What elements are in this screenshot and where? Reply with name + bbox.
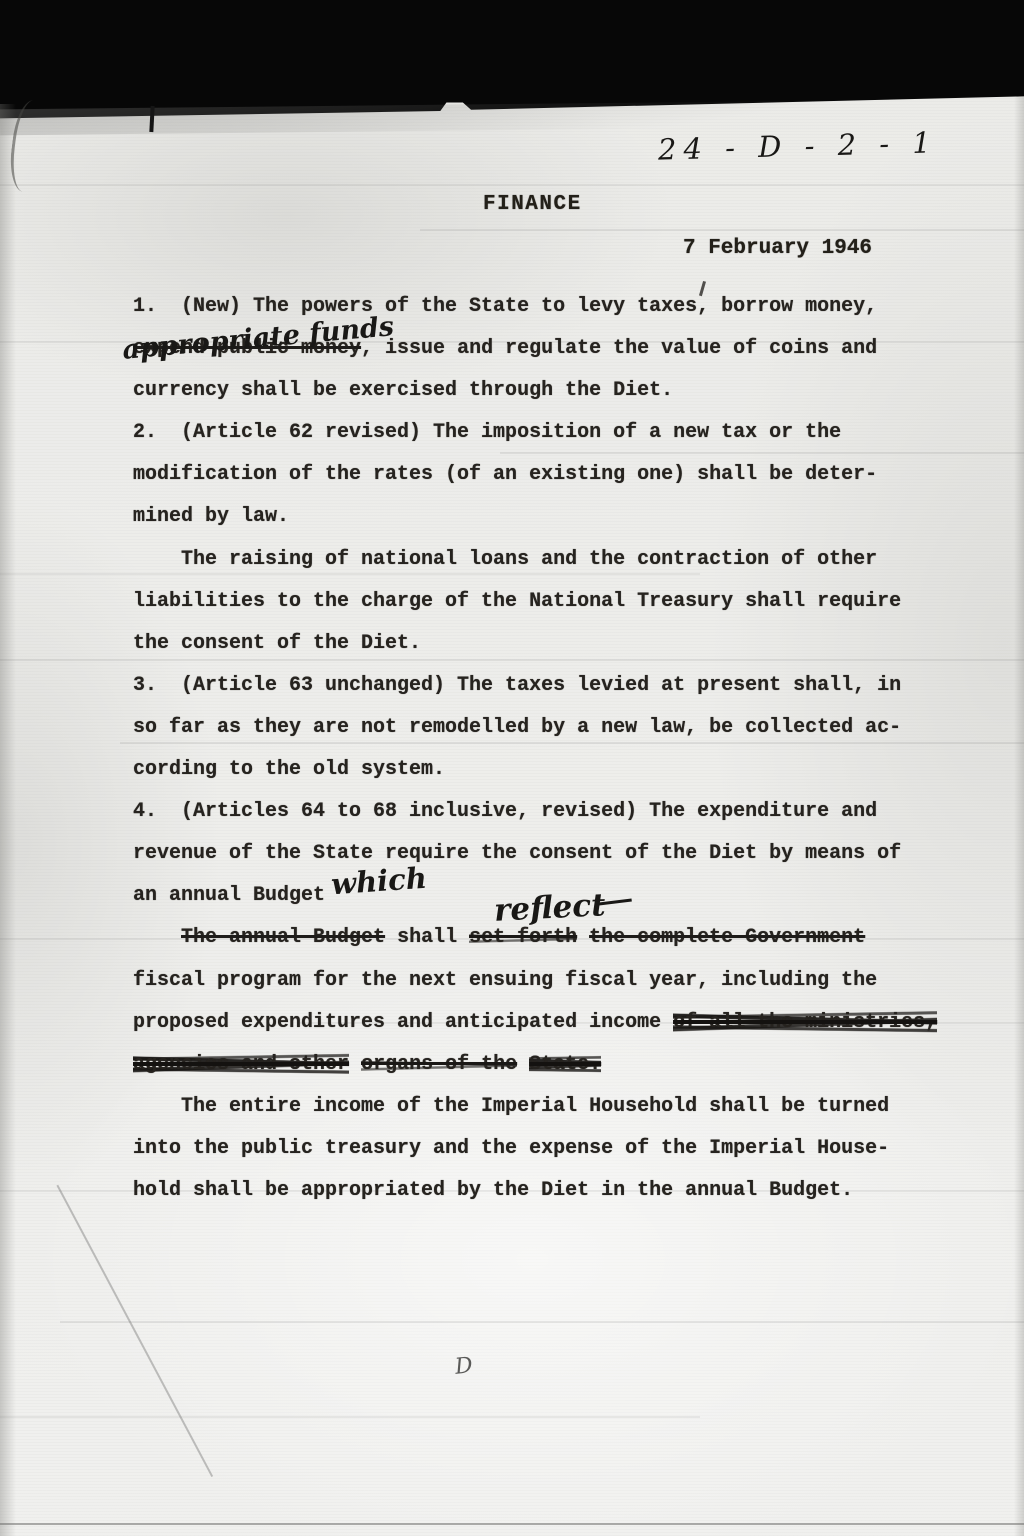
struck-text: State.	[529, 1053, 601, 1076]
typed-line: the consent of the Diet.	[133, 623, 993, 665]
scan-artifact-line	[0, 184, 1024, 186]
typed-text: currency shall be exercised through the …	[133, 379, 673, 402]
typed-text	[577, 926, 589, 949]
typed-text: into the public treasury and the expense…	[133, 1137, 889, 1160]
typed-line: so far as they are not remodelled by a n…	[133, 707, 993, 749]
document-title: FINANCE	[483, 193, 582, 216]
paper-right-edge-shadow	[1014, 96, 1024, 1536]
typed-paragraph: 3. (Article 63 unchanged) The taxes levi…	[133, 665, 993, 791]
typed-text: mined by law.	[133, 505, 289, 528]
typed-text: 4. (Articles 64 to 68 inclusive, revised…	[133, 800, 877, 823]
scan-artifact-line	[0, 1416, 700, 1418]
typed-text: The entire income of the Imperial Househ…	[133, 1095, 889, 1118]
typed-line: The entire income of the Imperial Househ…	[133, 1086, 993, 1128]
typed-text: , issue and regulate the value of coins …	[361, 337, 877, 360]
scan-artifact-line	[0, 1523, 1024, 1525]
typed-text: 1. (New) The powers of the State to levy…	[133, 295, 877, 318]
scan-artifact-line	[60, 1321, 1024, 1323]
typed-line: hold shall be appropriated by the Diet i…	[133, 1170, 993, 1212]
typed-line: agencies and other organs of the State.	[133, 1044, 993, 1086]
typed-text: shall	[385, 926, 469, 949]
struck-text: set forth	[469, 926, 577, 949]
typed-text	[133, 926, 181, 949]
typed-text: The raising of national loans and the co…	[133, 548, 877, 571]
typed-line: currency shall be exercised through the …	[133, 370, 993, 412]
handwritten-insertion-reflect: reflect	[493, 887, 606, 929]
typed-line: modification of the rates (of an existin…	[133, 454, 993, 496]
struck-text: The annual Budget	[181, 926, 385, 949]
struck-text: the complete Government	[589, 926, 865, 949]
typed-text: 2. (Article 62 revised) The imposition o…	[133, 421, 841, 444]
typed-line: proposed expenditures and anticipated in…	[133, 1002, 993, 1044]
typed-line: The raising of national loans and the co…	[133, 539, 993, 581]
typed-text: the consent of the Diet.	[133, 632, 421, 655]
classification-mark-handwritten: 24 - D - 2 - 1	[658, 125, 939, 166]
typed-paragraph: The entire income of the Imperial Househ…	[133, 1086, 993, 1212]
struck-text: organs of the	[361, 1053, 517, 1076]
typed-line: 3. (Article 63 unchanged) The taxes levi…	[133, 665, 993, 707]
typed-text: so far as they are not remodelled by a n…	[133, 716, 901, 739]
handwritten-bottom-mark-d: D	[454, 1353, 474, 1380]
typed-line: liabilities to the charge of the Nationa…	[133, 581, 993, 623]
scanned-document-page: 24 - D - 2 - 1 FINANCE 7 February 1946 1…	[0, 0, 1024, 1536]
typed-text: modification of the rates (of an existin…	[133, 463, 877, 486]
handwritten-insertion-which: which	[330, 861, 428, 902]
document-date: 7 February 1946	[683, 237, 872, 260]
typed-text: liabilities to the charge of the Nationa…	[133, 590, 901, 613]
typed-text: 3. (Article 63 unchanged) The taxes levi…	[133, 674, 901, 697]
typed-text: an annual Budget	[133, 884, 325, 907]
typed-text	[517, 1053, 529, 1076]
typed-line: 4. (Articles 64 to 68 inclusive, revised…	[133, 791, 993, 833]
typed-line: revenue of the State require the consent…	[133, 833, 993, 875]
paper-left-edge-shadow	[0, 104, 16, 1536]
typed-paragraph: The annual Budget shall set forth the co…	[133, 917, 993, 1085]
typed-text: proposed expenditures and anticipated in…	[133, 1011, 673, 1034]
paper-crease-line	[57, 1185, 213, 1477]
typed-paragraph: 2. (Article 62 revised) The imposition o…	[133, 412, 993, 538]
typed-body: 1. (New) The powers of the State to levy…	[133, 286, 993, 1212]
typed-text	[349, 1053, 361, 1076]
typed-line: cording to the old system.	[133, 749, 993, 791]
typed-text: fiscal program for the next ensuing fisc…	[133, 969, 877, 992]
struck-text: of all the ministries,	[673, 1011, 937, 1034]
typed-line: 2. (Article 62 revised) The imposition o…	[133, 412, 993, 454]
typed-line: mined by law.	[133, 496, 993, 538]
scan-artifact-line	[420, 229, 1024, 231]
typed-text: revenue of the State require the consent…	[133, 842, 901, 865]
struck-text: agencies and other	[133, 1053, 349, 1076]
typed-paragraph: The raising of national loans and the co…	[133, 539, 993, 665]
typed-line: into the public treasury and the expense…	[133, 1128, 993, 1170]
typed-text: cording to the old system.	[133, 758, 445, 781]
typed-text: hold shall be appropriated by the Diet i…	[133, 1179, 853, 1202]
typed-line: fiscal program for the next ensuing fisc…	[133, 960, 993, 1002]
